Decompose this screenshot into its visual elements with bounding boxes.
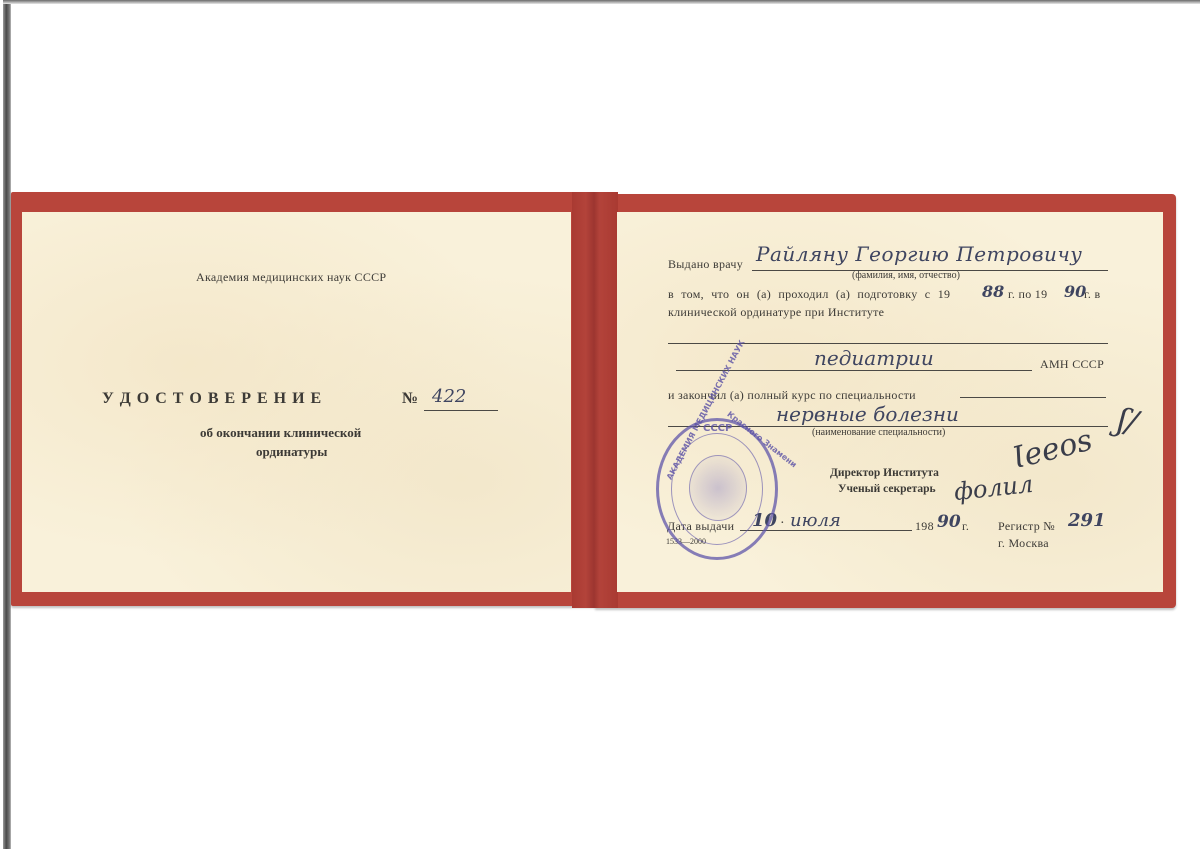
training-end: г. в — [1084, 287, 1100, 302]
subtitle-line-2: ординатуры — [256, 444, 327, 460]
secretary-label: Ученый секретарь — [838, 483, 936, 495]
number-label: № — [402, 390, 418, 408]
training-text: в том, что он (а) проходил (а) подготовк… — [668, 287, 950, 302]
official-stamp: СССР АКАДЕМИЯ МЕДИЦИНСКИХ НАУК Красного … — [656, 418, 778, 560]
stamp-emblem — [689, 455, 747, 521]
date-month: июля — [790, 510, 841, 531]
institution-name: Академия медицинских наук СССР — [196, 270, 386, 285]
city: г. Москва — [998, 536, 1049, 551]
register-label: Регистр № — [998, 519, 1055, 534]
issued-to-label: Выдано врачу — [668, 257, 743, 272]
scanner-edge — [3, 0, 11, 849]
course-underline — [960, 397, 1106, 398]
certificate-number: 422 — [432, 386, 466, 407]
specialty-value: нервные болезни — [776, 402, 959, 426]
institute-line: клинической ординатуре при Институте — [668, 305, 884, 320]
number-underline — [424, 410, 498, 411]
register-number: 291 — [1068, 510, 1106, 531]
scanner-edge-top — [3, 0, 1200, 4]
subtitle-line-1: об окончании клинической — [200, 425, 361, 441]
blank-line — [668, 343, 1108, 344]
year-to: 90 — [1064, 282, 1086, 301]
certificate-title: У Д О С Т О В Е Р Е Н И Е — [102, 390, 322, 408]
date-year-suffix: г. — [962, 519, 969, 534]
stamp-top-text: СССР — [703, 423, 732, 434]
booklet-spine — [572, 192, 618, 608]
training-mid: г. по 19 — [1008, 287, 1047, 302]
director-label: Директор Института — [830, 467, 939, 479]
year-from: 88 — [982, 282, 1004, 301]
date-separator: · — [780, 516, 785, 532]
specialty-caption: (наименование специальности) — [812, 427, 945, 438]
date-year: 90 — [937, 512, 961, 532]
institute-value: педиатрии — [814, 346, 934, 370]
institute-suffix: АМН СССР — [1040, 357, 1104, 372]
name-caption: (фамилия, имя, отчество) — [852, 270, 960, 281]
date-year-prefix: 198 — [915, 519, 934, 534]
recipient-name: Райляну Георгию Петровичу — [756, 242, 1082, 266]
